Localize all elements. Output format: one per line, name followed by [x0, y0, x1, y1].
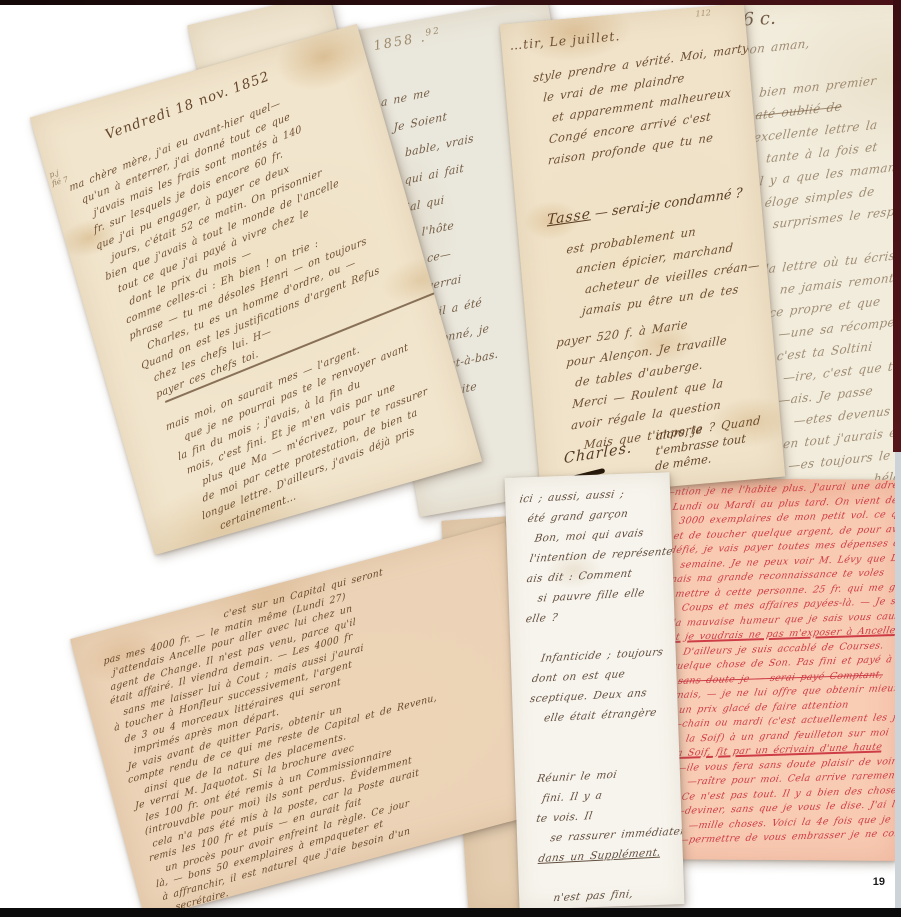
handwriting-block: c'est sur un Capital qui serontpas mes 4… [90, 561, 472, 917]
page-edge-bottom [0, 908, 901, 917]
letter-sheet-red-ink: —ntion je ne l'habite plus. J'aurai une … [647, 478, 899, 861]
letter-sheet-juillet: 112 …tir, Le juillet. style prendre a vé… [500, 3, 785, 498]
handwriting-block: est probablement unancien épicier, march… [563, 214, 762, 324]
letter-heading: …tir, Le juillet. [509, 28, 621, 53]
handwriting-block-red: —ntion je ne l'habite plus. J'aurai une … [663, 478, 898, 848]
handwriting-block: style prendre a vérité. Moi, martyr,le v… [530, 37, 768, 172]
page-number: 19 [873, 876, 885, 888]
page-edge-right-lower [895, 452, 901, 908]
page-edge-right [893, 0, 901, 452]
underlined-word: Tasse [547, 206, 591, 228]
collection-number: 1858 .92 [372, 26, 443, 54]
collection-number: 112 [695, 8, 711, 18]
page-edge-top [0, 0, 901, 5]
handwriting-block: ici ; aussi, aussi ;été grand garçonBon,… [517, 480, 685, 909]
collection-number-sup: 92 [425, 26, 442, 39]
collection-number-main: 1858 . [373, 30, 428, 54]
letter-sheet-bottom-center: ici ; aussi, aussi ;été grand garçonBon,… [505, 472, 685, 909]
catalog-page: 56 c. bon aman,bien mon premieraté oubli… [0, 0, 901, 917]
